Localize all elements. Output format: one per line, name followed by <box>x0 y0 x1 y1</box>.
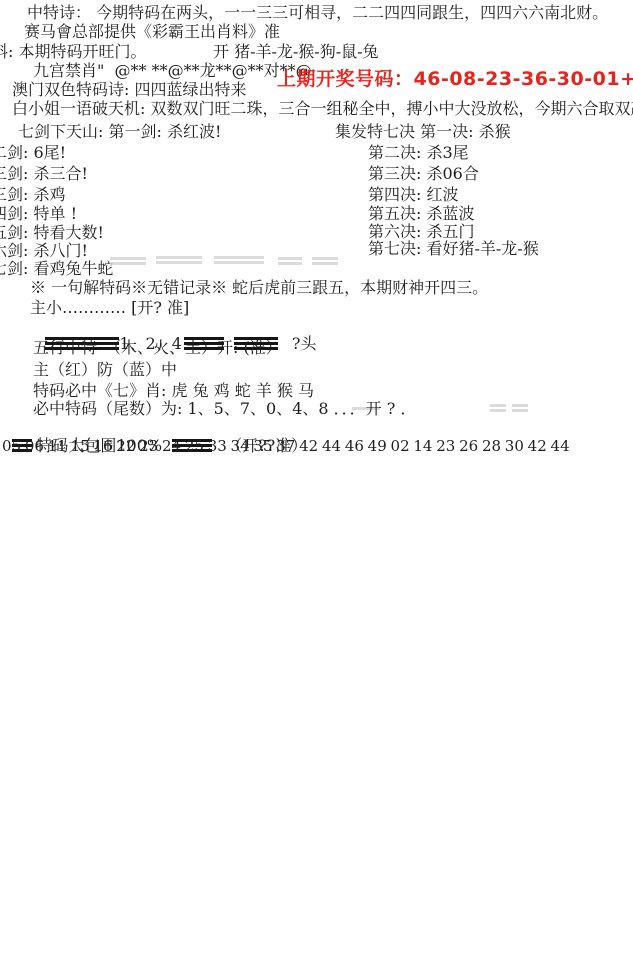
prev-draw-numbers: 上期开奖号码：46-08-23-36-30-01+05 <box>277 70 633 89</box>
smudge-mark <box>110 257 146 266</box>
jue-row: 第二决: 杀3尾 <box>368 143 469 162</box>
smudge-mark <box>156 256 202 266</box>
smudge-mark <box>278 257 302 265</box>
wuxing-line: 五行中特 （木、火、土）开: (准） <box>33 338 282 357</box>
jockey-club-line: 赛马會总部提供《彩霸王出肖料》准 <box>24 22 280 41</box>
macau-poem-line: 澳门双色特码诗: 四四蓝绿出特来 <box>12 80 246 99</box>
numbers-row: 05 06 11 15 16 22 23 24 25 33 34 35 37 4… <box>2 437 570 456</box>
zhufang-line: 主（红）防（蓝）中 <box>33 360 177 379</box>
sword-row: 三剑: 杀三合! <box>0 164 88 183</box>
jue-row: 第五决: 杀蓝波 <box>368 204 474 223</box>
jue-row: 第四决: 红波 <box>368 185 458 204</box>
smudge-mark <box>490 404 506 412</box>
jue-row: 第三决: 杀06合 <box>368 164 479 183</box>
jiugong-line: 九宫禁肖" @** **@**龙**@**对**@ <box>33 61 312 80</box>
smudge-mark <box>512 404 528 412</box>
smudge-mark <box>312 257 338 266</box>
sword-row: 七剑: 看鸡兔牛蛇 <box>0 259 113 278</box>
sword-row: 六剑: 杀八门! <box>0 241 88 260</box>
wangmen-line: 料: 本期特码开旺门。 <box>0 42 146 61</box>
sword-row: 五剑: 特看大数! <box>0 223 104 242</box>
open-zodiacs-line: 开 猪-羊-龙-猴-狗-鼠-兔 <box>213 42 379 61</box>
zhongte-poem-line: 中特诗： 今期特码在两头，一一三三可相寻，二二四四同跟生，四四六六南北财。 <box>27 3 608 22</box>
seven-jue-header: 集发特七决 第一决: 杀猴 <box>335 122 511 141</box>
baixiaojie-line: 白小姐一语破天机: 双数双门旺二珠，三合一组秘全中，搏小中大没放松，今期六合取双… <box>12 99 633 118</box>
sword-row: 二剑: 6尾! <box>0 143 66 162</box>
smudge-mark <box>214 256 264 265</box>
tou-suffix: ?头 <box>292 334 317 353</box>
sword-row: 三剑: 杀鸡 <box>0 185 65 204</box>
seven-swords-header: 七剑下天山: 第一剑: 杀红波! <box>18 122 221 141</box>
sword-row: 四剑: 特单 ! <box>0 204 77 223</box>
weishu-line: 必中特码（尾数）为: 1、5、7、0、4、8 ．．．开 ? ． <box>33 399 416 418</box>
lottery-tip-sheet: 中特诗： 今期特码在两头，一一三三可相寻，二二四四同跟生，四四六六南北财。 赛马… <box>0 0 633 957</box>
jue-row: 第七决: 看好猪-羊-龙-猴 <box>368 239 539 258</box>
qixiao-line: 特码必中《七》肖: 虎 兔 鸡 蛇 羊 猴 马 <box>33 381 314 400</box>
jiete-note: ※ 一句解特码※无错记录※ 蛇后虎前三跟五，本期财神开四三。 <box>30 278 488 297</box>
